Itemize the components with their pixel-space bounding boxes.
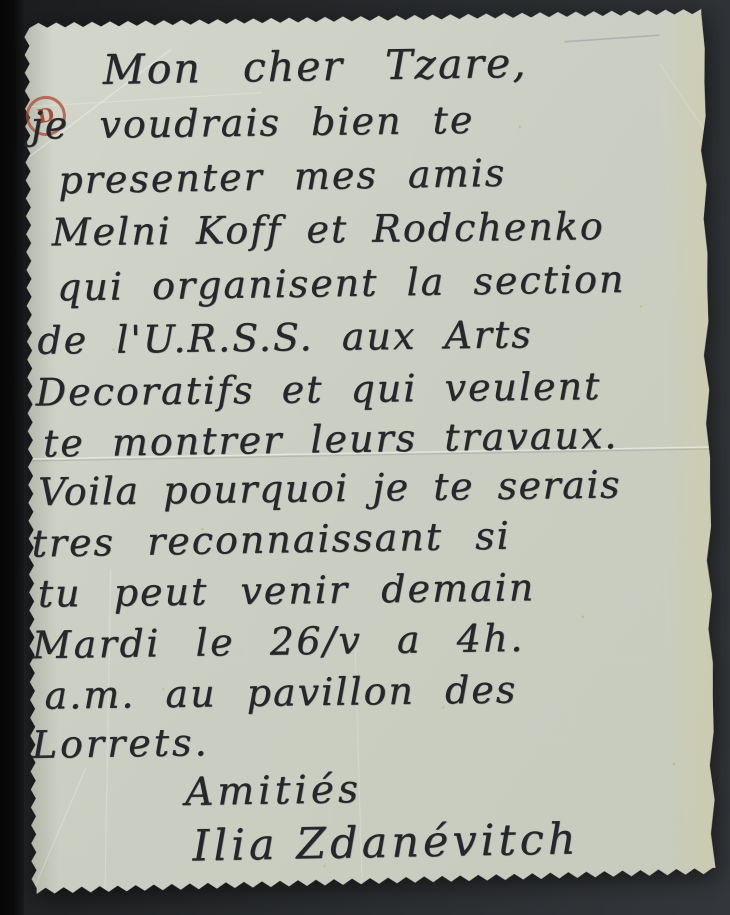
salutation-line: Mon cher Tzare, bbox=[102, 39, 527, 94]
closing-line: Amitiés bbox=[185, 767, 363, 815]
letter-line: de l'U.R.S.S. aux Arts bbox=[37, 312, 533, 362]
signature-line: Ilia Zdanévitch bbox=[192, 814, 580, 871]
letter-line: Lorrets. bbox=[31, 720, 209, 767]
letter-line: tu peut venir demain bbox=[38, 565, 536, 616]
scanned-letter-page: D Mon cher Tzare, je voudrais bien te pr… bbox=[0, 0, 730, 915]
letter-line: tres reconnaissant si bbox=[31, 514, 511, 566]
letter-line: presenter mes amis bbox=[58, 151, 507, 202]
letter-line: a.m. au pavillon des bbox=[44, 667, 517, 717]
letter-line: Decoratifs et qui veulent bbox=[35, 364, 601, 414]
letter-line: Voila pourquoi je te serais bbox=[38, 462, 621, 514]
letter-line: te montrer leurs travaux. bbox=[43, 413, 619, 466]
letter-date-line: Mardi le 26/v a 4h. bbox=[32, 616, 525, 667]
letter-paper: D Mon cher Tzare, je voudrais bien te pr… bbox=[19, 6, 718, 908]
letter-line: qui organisent la section bbox=[57, 257, 626, 309]
letter-line: Melni Koff et Rodchenko bbox=[51, 204, 604, 254]
letter-line: je voudrais bien te bbox=[31, 98, 475, 148]
